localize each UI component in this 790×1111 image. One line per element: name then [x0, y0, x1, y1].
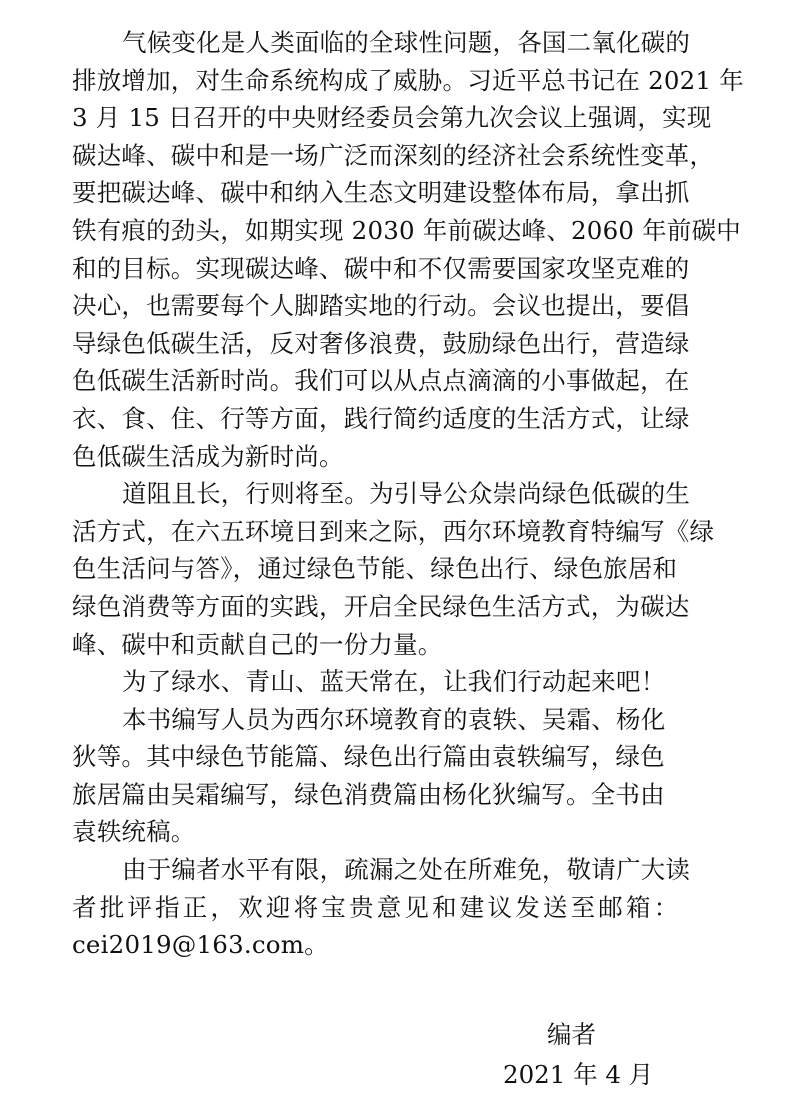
paragraph-1-line-1: 气候变化是人类面临的全球性问题，各国二氧化碳的	[72, 24, 712, 62]
paragraph-1-line-8: 决心，也需要每个人脚踏实地的行动。会议也提出，要倡	[72, 287, 712, 325]
paragraph-1-line-4: 碳达峰、碳中和是一场广泛而深刻的经济社会系统性变革，	[72, 137, 712, 175]
paragraph-4-line-4: 袁轶统稿。	[72, 813, 712, 851]
paragraph-4-line-1: 本书编写人员为西尔环境教育的袁轶、吴霜、杨化	[72, 701, 712, 739]
paragraph-1-line-5: 要把碳达峰、碳中和纳入生态文明建设整体布局，拿出抓	[72, 174, 712, 212]
paragraph-1-line-11: 衣、食、住、行等方面，践行简约适度的生活方式，让绿	[72, 400, 712, 438]
paragraph-1-line-10: 色低碳生活新时尚。我们可以从点点滴滴的小事做起，在	[72, 362, 712, 400]
signature-date: 2021 年 4 月	[503, 1056, 653, 1094]
paragraph-1-line-6: 铁有痕的劲头，如期实现 2030 年前碳达峰、2060 年前碳中	[72, 212, 712, 250]
paragraph-2-line-3: 色生活问与答》，通过绿色节能、绿色出行、绿色旅居和	[72, 550, 712, 588]
preface-body: 气候变化是人类面临的全球性问题，各国二氧化碳的 排放增加，对生命系统构成了威胁。…	[72, 24, 712, 964]
document-page: 气候变化是人类面临的全球性问题，各国二氧化碳的 排放增加，对生命系统构成了威胁。…	[0, 0, 790, 1111]
paragraph-2-line-2: 活方式，在六五环境日到来之际，西尔环境教育特编写《绿	[72, 513, 712, 551]
paragraph-4-line-3: 旅居篇由吴霜编写，绿色消费篇由杨化狄编写。全书由	[72, 776, 712, 814]
paragraph-1-line-9: 导绿色低碳生活，反对奢侈浪费，鼓励绿色出行，营造绿	[72, 325, 712, 363]
signature-author: 编者	[547, 1016, 596, 1054]
paragraph-1-line-12: 色低碳生活成为新时尚。	[72, 438, 712, 476]
paragraph-5-line-3-email: cei2019@163.com。	[72, 926, 712, 964]
paragraph-4-line-2: 狄等。其中绿色节能篇、绿色出行篇由袁轶编写，绿色	[72, 738, 712, 776]
paragraph-5-line-1: 由于编者水平有限，疏漏之处在所难免，敬请广大读	[72, 851, 712, 889]
paragraph-2-line-4: 绿色消费等方面的实践，开启全民绿色生活方式，为碳达	[72, 588, 712, 626]
paragraph-3-line-1: 为了绿水、青山、蓝天常在，让我们行动起来吧！	[72, 663, 712, 701]
paragraph-1-line-2: 排放增加，对生命系统构成了威胁。习近平总书记在 2021 年	[72, 62, 712, 100]
paragraph-5-line-2: 者批评指正，欢迎将宝贵意见和建议发送至邮箱：	[72, 889, 712, 927]
paragraph-1-line-7: 和的目标。实现碳达峰、碳中和不仅需要国家攻坚克难的	[72, 250, 712, 288]
paragraph-1-line-3: 3 月 15 日召开的中央财经委员会第九次会议上强调，实现	[72, 99, 712, 137]
paragraph-2-line-1: 道阻且长，行则将至。为引导公众崇尚绿色低碳的生	[72, 475, 712, 513]
paragraph-2-line-5: 峰、碳中和贡献自己的一份力量。	[72, 626, 712, 664]
